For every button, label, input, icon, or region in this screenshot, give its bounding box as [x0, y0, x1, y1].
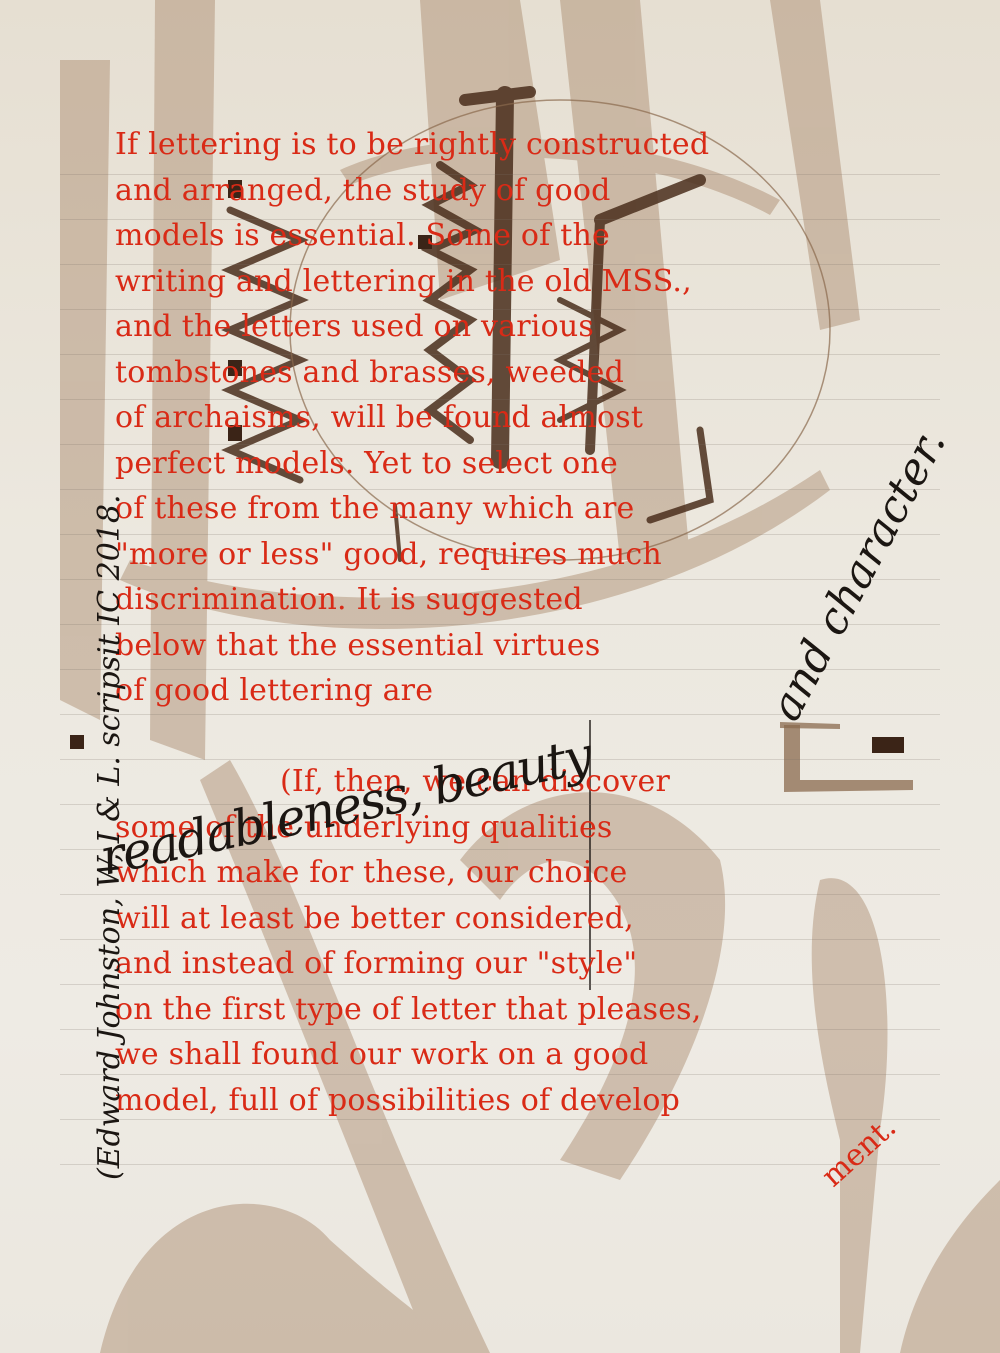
text-line: writing and lettering in the old MSS.,	[115, 259, 815, 305]
text-line: will at least be better considered,	[115, 896, 815, 942]
text-line: perfect models. Yet to select one	[115, 441, 815, 487]
text-line: "more or less" good, requires much	[115, 532, 815, 578]
text-line: and arranged, the study of good	[115, 168, 815, 214]
calligraphy-artwork: If lettering is to be rightly constructe…	[0, 0, 1000, 1353]
text-line: below that the essential virtues	[115, 623, 815, 669]
text-line: of archaisms, will be found almost	[115, 395, 815, 441]
text-line: of good lettering are	[115, 668, 815, 714]
text-line: and the letters used on various	[115, 304, 815, 350]
text-line: If lettering is to be rightly constructe…	[115, 122, 815, 168]
text-line: of these from the many which are	[115, 486, 815, 532]
main-red-text-block: If lettering is to be rightly constructe…	[115, 122, 815, 1123]
text-line: on the first type of letter that pleases…	[115, 987, 815, 1033]
text-line: models is essential. Some of the	[115, 213, 815, 259]
text-line: tombstones and brasses, weeded	[115, 350, 815, 396]
text-line: and instead of forming our "style"	[115, 941, 815, 987]
text-line: discrimination. It is suggested	[115, 577, 815, 623]
text-line: model, full of possibilities of develop	[115, 1078, 815, 1124]
text-line: we shall found our work on a good	[115, 1032, 815, 1078]
